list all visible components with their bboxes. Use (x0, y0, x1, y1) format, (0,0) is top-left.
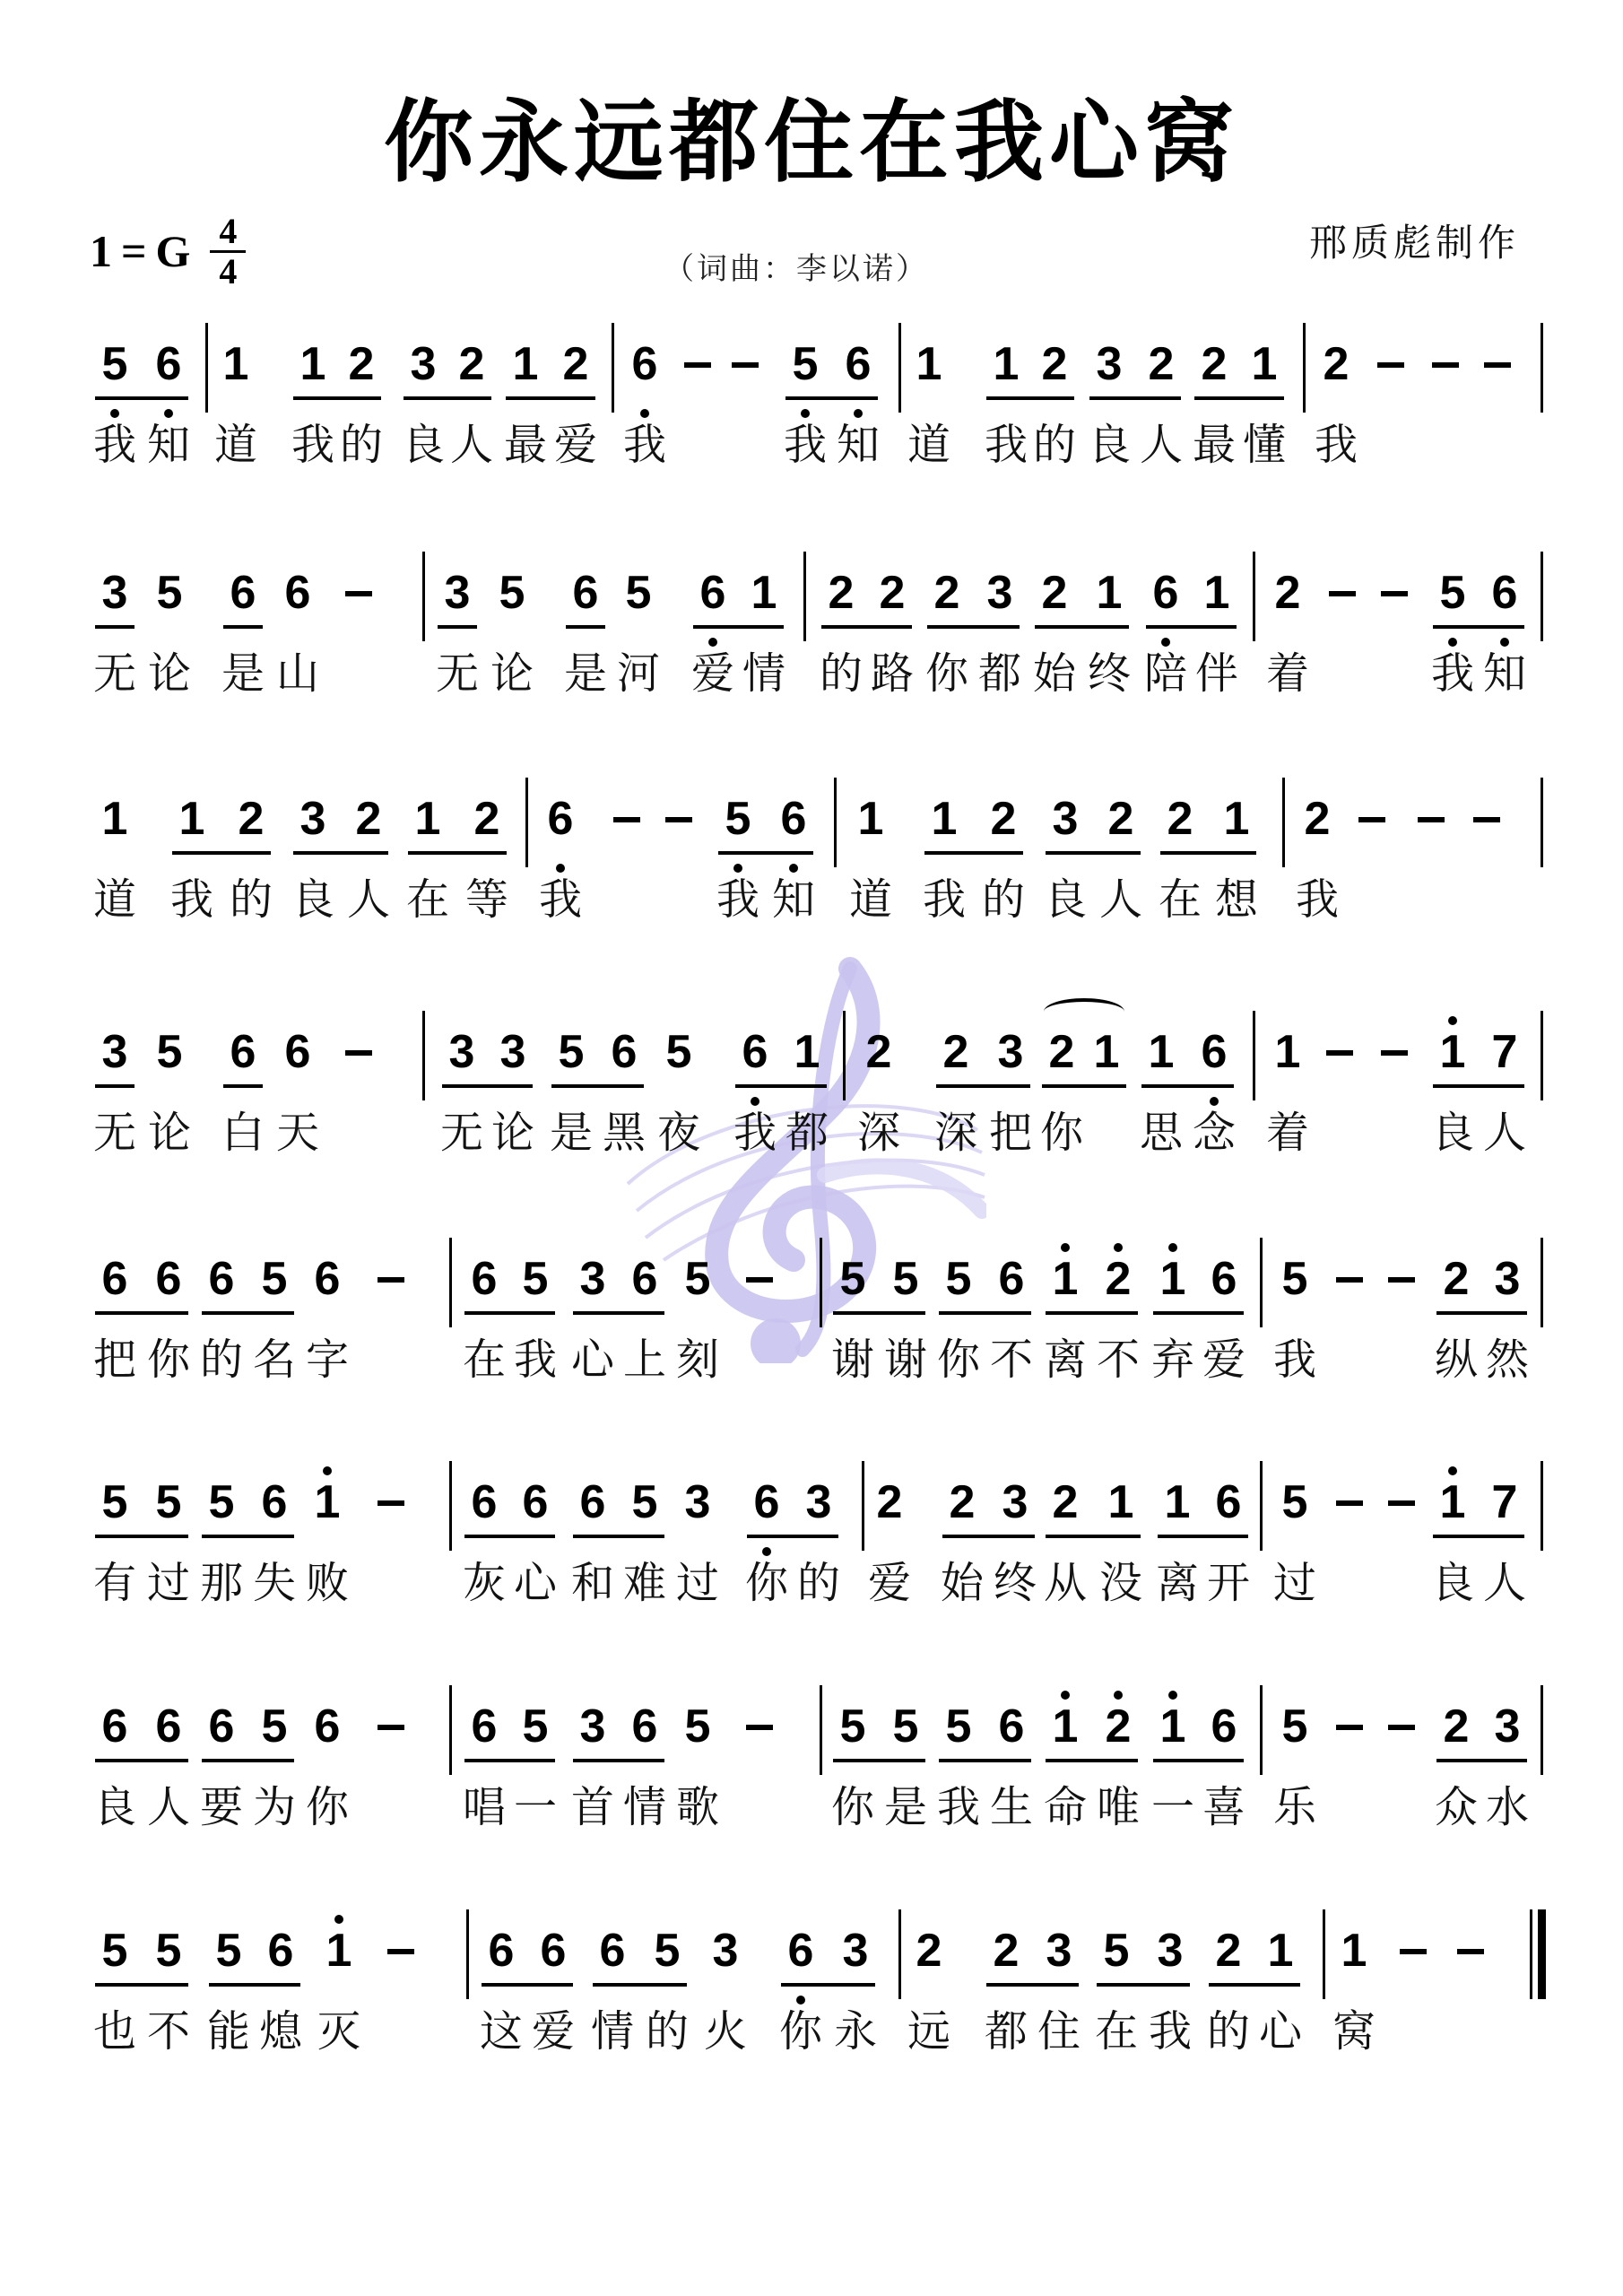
bar-line (205, 323, 208, 413)
sustain-dash (378, 1500, 404, 1506)
lyric-char: 的 (226, 873, 276, 926)
lyric-char: 你 (933, 1333, 984, 1387)
lyric-char: 你 (1037, 1106, 1087, 1160)
note: 6 (146, 1700, 191, 1753)
lyric-char: 在 (403, 873, 453, 926)
high-octave-dot (1061, 1691, 1070, 1700)
note: 2 (1192, 337, 1237, 391)
high-octave-dot (1168, 1691, 1177, 1700)
lyric-char: 要 (196, 1780, 247, 1834)
lyric-char: 你 (776, 2005, 826, 2058)
final-bar-thin (1530, 1909, 1532, 1999)
note: 2 (553, 337, 598, 391)
bar-line (1260, 1238, 1263, 1327)
eighth-note-underline (747, 1535, 838, 1538)
note: 6 (1202, 1252, 1246, 1306)
lyric-char: 这 (476, 2005, 526, 2058)
eighth-note-underline (939, 1311, 1031, 1315)
lyric-char: 的 (1203, 2005, 1254, 2058)
lyric-char: 良 (1428, 1556, 1478, 1610)
lyric-char: 在 (1091, 2005, 1141, 2058)
lyric-char: 你 (143, 1333, 194, 1387)
eighth-note-underline (223, 625, 263, 629)
note: 6 (538, 792, 583, 846)
lyric-char: 我 (780, 418, 830, 472)
lyric-char: 深 (854, 1106, 904, 1160)
note: 3 (988, 1025, 1033, 1079)
lyric-char: 喜 (1199, 1780, 1249, 1834)
lyric-char: 伴 (1192, 647, 1242, 700)
eighth-note-underline (1046, 1311, 1138, 1315)
lyric-char: 我 (933, 1780, 984, 1834)
bar-line (449, 1685, 452, 1775)
lyric-char: 的 (794, 1556, 844, 1610)
lyric-char: 你 (828, 1780, 878, 1834)
lyric-char: 我 (535, 873, 586, 926)
note: 2 (981, 792, 1026, 846)
eighth-note-underline (95, 396, 188, 400)
eighth-note-underline (1046, 851, 1141, 855)
low-octave-dot (796, 1996, 805, 2005)
arranger-credit: 邢质彪制作 (1309, 213, 1520, 267)
eighth-note-underline (942, 1535, 1035, 1538)
eighth-note-underline (735, 1084, 827, 1088)
note: 1 (984, 337, 1028, 391)
note: 2 (1039, 1025, 1084, 1079)
bar-line (612, 323, 614, 413)
note: 2 (1434, 1700, 1479, 1753)
eighth-note-underline (1433, 625, 1524, 629)
lyric-char: 良 (1040, 873, 1090, 926)
eighth-note-underline (936, 1084, 1030, 1088)
lyric-char: 人 (447, 418, 497, 472)
lyric-char: 我 (288, 418, 338, 472)
note: 6 (778, 1924, 823, 1978)
sustain-dash (387, 1949, 414, 1954)
eighth-note-underline (939, 1759, 1031, 1762)
lyric-char: 知 (1480, 647, 1530, 700)
note: 1 (1139, 1025, 1184, 1079)
score-row: 3无5论6是6山3无5论6是5河6爱1情2的2路2你3都2始1终6陪1伴2着5我… (0, 566, 1623, 745)
lyric-char: 无 (437, 1106, 487, 1160)
note: 6 (479, 1924, 524, 1978)
note: 5 (1272, 1475, 1317, 1529)
note: 1 (92, 792, 137, 846)
eighth-note-underline (442, 1084, 533, 1088)
note: 3 (1485, 1700, 1530, 1753)
sustain-dash (732, 362, 759, 368)
note: 5 (1430, 566, 1475, 620)
bar-line (1541, 1461, 1543, 1551)
eighth-note-underline (566, 625, 605, 629)
sustain-dash (1457, 1949, 1484, 1954)
note: 6 (1192, 1025, 1237, 1079)
bar-line (1541, 778, 1543, 867)
lyric-char: 上 (620, 1333, 670, 1387)
eighth-note-underline (821, 625, 912, 629)
note: 3 (977, 566, 1022, 620)
note: 1 (291, 337, 335, 391)
lyric-char: 始 (1029, 647, 1080, 700)
bar-line (1253, 552, 1255, 641)
eighth-note-underline (924, 851, 1023, 855)
note: 6 (199, 1700, 244, 1753)
note: 1 (405, 792, 450, 846)
lyric-char: 白 (218, 1106, 268, 1160)
eighth-note-underline (95, 1311, 188, 1315)
lyric-char: 懂 (1239, 418, 1289, 472)
high-octave-dot (1448, 1466, 1457, 1475)
bar-line (898, 323, 901, 413)
eighth-note-underline (209, 1983, 300, 1987)
note: 5 (936, 1700, 981, 1753)
lyric-char: 无 (90, 647, 140, 700)
sustain-dash (746, 1725, 773, 1730)
bar-line (1282, 778, 1285, 867)
lyric-char: 灭 (314, 2005, 364, 2058)
note: 1 (1098, 1475, 1143, 1529)
lyric-char: 我 (1311, 418, 1361, 472)
low-octave-dot (789, 864, 798, 873)
lyric-char: 论 (144, 1106, 195, 1160)
note: 6 (252, 1475, 297, 1529)
lyric-char: 谢 (881, 1333, 931, 1387)
bar-line (1303, 323, 1306, 413)
note: 2 (984, 1924, 1028, 1978)
final-bar-thick (1538, 1909, 1546, 1999)
lyric-char: 爱 (1199, 1333, 1249, 1387)
lyric-char: 为 (249, 1780, 299, 1834)
note: 3 (1485, 1252, 1530, 1306)
lyric-char: 在 (459, 1333, 509, 1387)
sustain-dash (1381, 1050, 1408, 1056)
note: 1 (213, 337, 258, 391)
sustain-dash (1418, 817, 1445, 822)
note: 1 (1150, 1700, 1195, 1753)
eighth-note-underline (293, 396, 381, 400)
lyric-char: 天 (273, 1106, 323, 1160)
bar-line (834, 778, 837, 867)
eighth-note-underline (1194, 396, 1284, 400)
sustain-dash (345, 1050, 372, 1056)
note: 6 (989, 1700, 1034, 1753)
note: 5 (147, 566, 192, 620)
lyric-char: 然 (1482, 1333, 1532, 1387)
note: 1 (848, 792, 893, 846)
lyric-char: 山 (273, 647, 323, 700)
lyric-char: 爱 (688, 647, 738, 700)
score-row: 5有5过5那6失1败6灰6心6和5难3过6你3的2爱2始3终2从1没1离6开5过… (0, 1475, 1623, 1655)
lyric-char: 远 (904, 2005, 954, 2058)
note: 2 (1158, 792, 1202, 846)
lyric-char: 我 (1145, 2005, 1195, 2058)
eighth-note-underline (833, 1311, 925, 1315)
eighth-note-underline (986, 396, 1074, 400)
lyric-char: 生 (986, 1780, 1037, 1834)
note: 5 (1272, 1700, 1317, 1753)
note: 2 (819, 566, 864, 620)
lyric-char: 一 (510, 1780, 560, 1834)
lyric-char: 着 (1263, 1106, 1313, 1160)
note: 5 (622, 1475, 667, 1529)
note: 6 (305, 1700, 350, 1753)
note: 6 (590, 1924, 635, 1978)
lyric-char: 思 (1136, 1106, 1186, 1160)
lyric-char: 和 (568, 1556, 618, 1610)
bar-line (1260, 1461, 1263, 1551)
note: 3 (490, 1025, 535, 1079)
lyric-char: 人 (143, 1780, 194, 1834)
lyric-char: 人 (1480, 1556, 1530, 1610)
note: 6 (92, 1700, 137, 1753)
score-row: 6良6人6要5为6你6唱5一3首6情5歌5你5是5我6生1命2唯1一6喜5乐2众… (0, 1700, 1623, 1879)
note: 1 (1258, 1924, 1303, 1978)
note: 6 (570, 1475, 615, 1529)
note: 2 (464, 792, 509, 846)
note: 6 (275, 566, 320, 620)
note: 5 (490, 566, 534, 620)
note: 2 (907, 1924, 951, 1978)
low-octave-dot (1161, 638, 1170, 647)
note: 1 (1155, 1475, 1200, 1529)
note: 2 (870, 566, 915, 620)
eighth-note-underline (506, 396, 595, 400)
lyric-char: 在 (1155, 873, 1205, 926)
eighth-note-underline (551, 1084, 644, 1088)
lyric-char: 唱 (459, 1780, 509, 1834)
lyric-char: 道 (90, 873, 140, 926)
note: 1 (1043, 1252, 1088, 1306)
lyric-char: 首 (568, 1780, 618, 1834)
note: 6 (275, 1025, 320, 1079)
note: 3 (291, 792, 335, 846)
note: 6 (622, 1700, 667, 1753)
high-octave-dot (1168, 1243, 1177, 1252)
low-octave-dot (556, 864, 565, 873)
eighth-note-underline (95, 1535, 188, 1538)
eighth-note-underline (95, 625, 135, 629)
note: 3 (833, 1924, 878, 1978)
bar-line (803, 552, 806, 641)
lyric-char: 最 (500, 418, 551, 472)
lyric-char: 知 (833, 418, 883, 472)
note: 5 (252, 1700, 297, 1753)
lyric-char: 难 (620, 1556, 670, 1610)
note: 6 (146, 1252, 191, 1306)
low-octave-dot (854, 409, 863, 418)
lyric-char: 纵 (1431, 1333, 1481, 1387)
lyric-char: 心 (1255, 2005, 1306, 2058)
time-signature-top: 4 (219, 214, 237, 248)
sustain-dash (1432, 362, 1459, 368)
time-signature: 4 4 (210, 214, 246, 289)
lyric-char: 你 (742, 1556, 792, 1610)
lyric-char: 人 (1480, 1106, 1530, 1160)
sustain-dash (378, 1725, 404, 1730)
sustain-dash (1388, 1725, 1415, 1730)
note: 6 (221, 1025, 265, 1079)
note: 6 (989, 1252, 1034, 1306)
note: 2 (1043, 1475, 1088, 1529)
lyric-char: 我 (713, 873, 763, 926)
note: 6 (513, 1475, 558, 1529)
note: 5 (513, 1252, 558, 1306)
note: 5 (146, 1475, 191, 1529)
note: 6 (305, 1252, 350, 1306)
note: 1 (1430, 1025, 1475, 1079)
low-octave-dot (733, 864, 742, 873)
note: 1 (1242, 337, 1287, 391)
lyric-char: 道 (211, 418, 261, 472)
note: 5 (1272, 1252, 1317, 1306)
note: 2 (1206, 1924, 1251, 1978)
note: 1 (922, 792, 967, 846)
note: 2 (1295, 792, 1340, 846)
time-signature-bottom: 4 (219, 255, 237, 289)
lyric-char: 我 (167, 873, 217, 926)
bar-line (1260, 1685, 1263, 1775)
lyric-char: 情 (587, 2005, 638, 2058)
lyric-char: 火 (700, 2005, 751, 2058)
sustain-dash (378, 1277, 404, 1283)
low-octave-dot (640, 409, 649, 418)
eighth-note-underline (202, 1759, 294, 1762)
lyric-char: 没 (1096, 1556, 1146, 1610)
eighth-note-underline (927, 625, 1020, 629)
lyric-char: 良 (90, 1780, 140, 1834)
low-octave-dot (1500, 638, 1509, 647)
eighth-note-underline (438, 625, 477, 629)
lyric-char: 离 (1152, 1556, 1202, 1610)
sustain-dash (746, 1277, 773, 1283)
eighth-note-underline (223, 1084, 263, 1088)
song-title: 你永远都住在我心窝 (0, 88, 1623, 196)
eighth-note-underline (404, 396, 491, 400)
lyric-char: 不 (986, 1333, 1037, 1387)
note: 5 (206, 1924, 251, 1978)
lyric-char: 论 (488, 1106, 538, 1160)
note: 3 (993, 1475, 1037, 1529)
lyric-char: 情 (739, 647, 789, 700)
note: 1 (1332, 1924, 1376, 1978)
sustain-dash (1329, 591, 1356, 596)
eighth-note-underline (1042, 1084, 1126, 1088)
lyric-char: 人 (1136, 418, 1186, 472)
lyric-char: 我 (1292, 873, 1342, 926)
note: 1 (1194, 566, 1239, 620)
lyric-char: 把 (985, 1106, 1036, 1160)
note: 2 (1096, 1700, 1141, 1753)
lyric-char: 我 (981, 418, 1031, 472)
note: 3 (570, 1700, 615, 1753)
eighth-note-underline (1035, 625, 1129, 629)
eighth-note-underline (1433, 1535, 1524, 1538)
lyric-char: 我 (620, 418, 670, 472)
lyric-char: 论 (487, 647, 537, 700)
lyric-char: 想 (1211, 873, 1262, 926)
bar-line (422, 1011, 425, 1100)
eighth-note-underline (172, 851, 271, 855)
note: 3 (435, 566, 480, 620)
lyric-char: 的 (196, 1333, 247, 1387)
note: 2 (1096, 1252, 1141, 1306)
note: 6 (690, 566, 735, 620)
lyric-char: 我 (1428, 647, 1478, 700)
eighth-note-underline (785, 396, 878, 400)
bar-line (525, 778, 528, 867)
note: 7 (1482, 1025, 1527, 1079)
tie-arc (1044, 998, 1124, 1025)
note: 2 (229, 792, 273, 846)
low-octave-dot (708, 638, 717, 647)
bar-line (449, 1461, 452, 1551)
sustain-dash (665, 817, 692, 822)
score-row: 6把6你6的5名6字6在5我3心6上5刻5谢5谢5你6不1离2不1弃6爱5我2纵… (0, 1252, 1623, 1431)
note: 2 (339, 337, 384, 391)
eighth-note-underline (464, 1311, 555, 1315)
note: 3 (796, 1475, 841, 1529)
bar-line (1541, 552, 1543, 641)
note: 5 (675, 1252, 720, 1306)
lyric-char: 无 (432, 647, 482, 700)
note: 5 (549, 1025, 594, 1079)
lyric-char: 终 (1084, 647, 1134, 700)
lyric-char: 的 (1029, 418, 1080, 472)
sustain-dash (1484, 362, 1511, 368)
lyric-char: 过 (1270, 1556, 1320, 1610)
lyric-char: 不 (1093, 1333, 1143, 1387)
lyric-char: 道 (904, 418, 954, 472)
lyric-char: 我 (730, 1106, 780, 1160)
bar-line (898, 1909, 901, 1999)
lyric-char: 始 (937, 1556, 987, 1610)
sustain-dash (1400, 1949, 1427, 1954)
lyric-char: 良 (1084, 418, 1134, 472)
note: 2 (1265, 566, 1310, 620)
sustain-dash (684, 362, 711, 368)
eighth-note-underline (95, 1983, 188, 1987)
bar-line (1541, 1685, 1543, 1775)
note: 5 (656, 1025, 701, 1079)
lyric-char: 的 (978, 873, 1028, 926)
note: 2 (856, 1025, 901, 1079)
lyric-char: 都 (981, 2005, 1031, 2058)
lyric-char: 有 (90, 1556, 140, 1610)
lyric-char: 一 (1148, 1780, 1198, 1834)
note: 1 (317, 1924, 361, 1978)
bar-line (843, 1011, 846, 1100)
note: 5 (92, 1924, 137, 1978)
note: 6 (92, 1252, 137, 1306)
note: 1 (305, 1475, 350, 1529)
note: 1 (503, 337, 548, 391)
lyric-char: 过 (143, 1556, 194, 1610)
eighth-note-underline (833, 1759, 925, 1762)
lyric-char: 都 (782, 1106, 832, 1160)
low-octave-dot (801, 409, 810, 418)
note: 2 (1032, 337, 1077, 391)
sustain-dash (1336, 1277, 1363, 1283)
lyric-char: 着 (1263, 647, 1313, 700)
lyric-char: 的 (336, 418, 386, 472)
note: 6 (258, 1924, 303, 1978)
note: 6 (744, 1475, 789, 1529)
note: 3 (92, 1025, 137, 1079)
eighth-note-underline (1433, 1084, 1524, 1088)
note: 1 (742, 566, 786, 620)
sustain-dash (1336, 1725, 1363, 1730)
lyric-char: 也 (90, 2005, 140, 2058)
